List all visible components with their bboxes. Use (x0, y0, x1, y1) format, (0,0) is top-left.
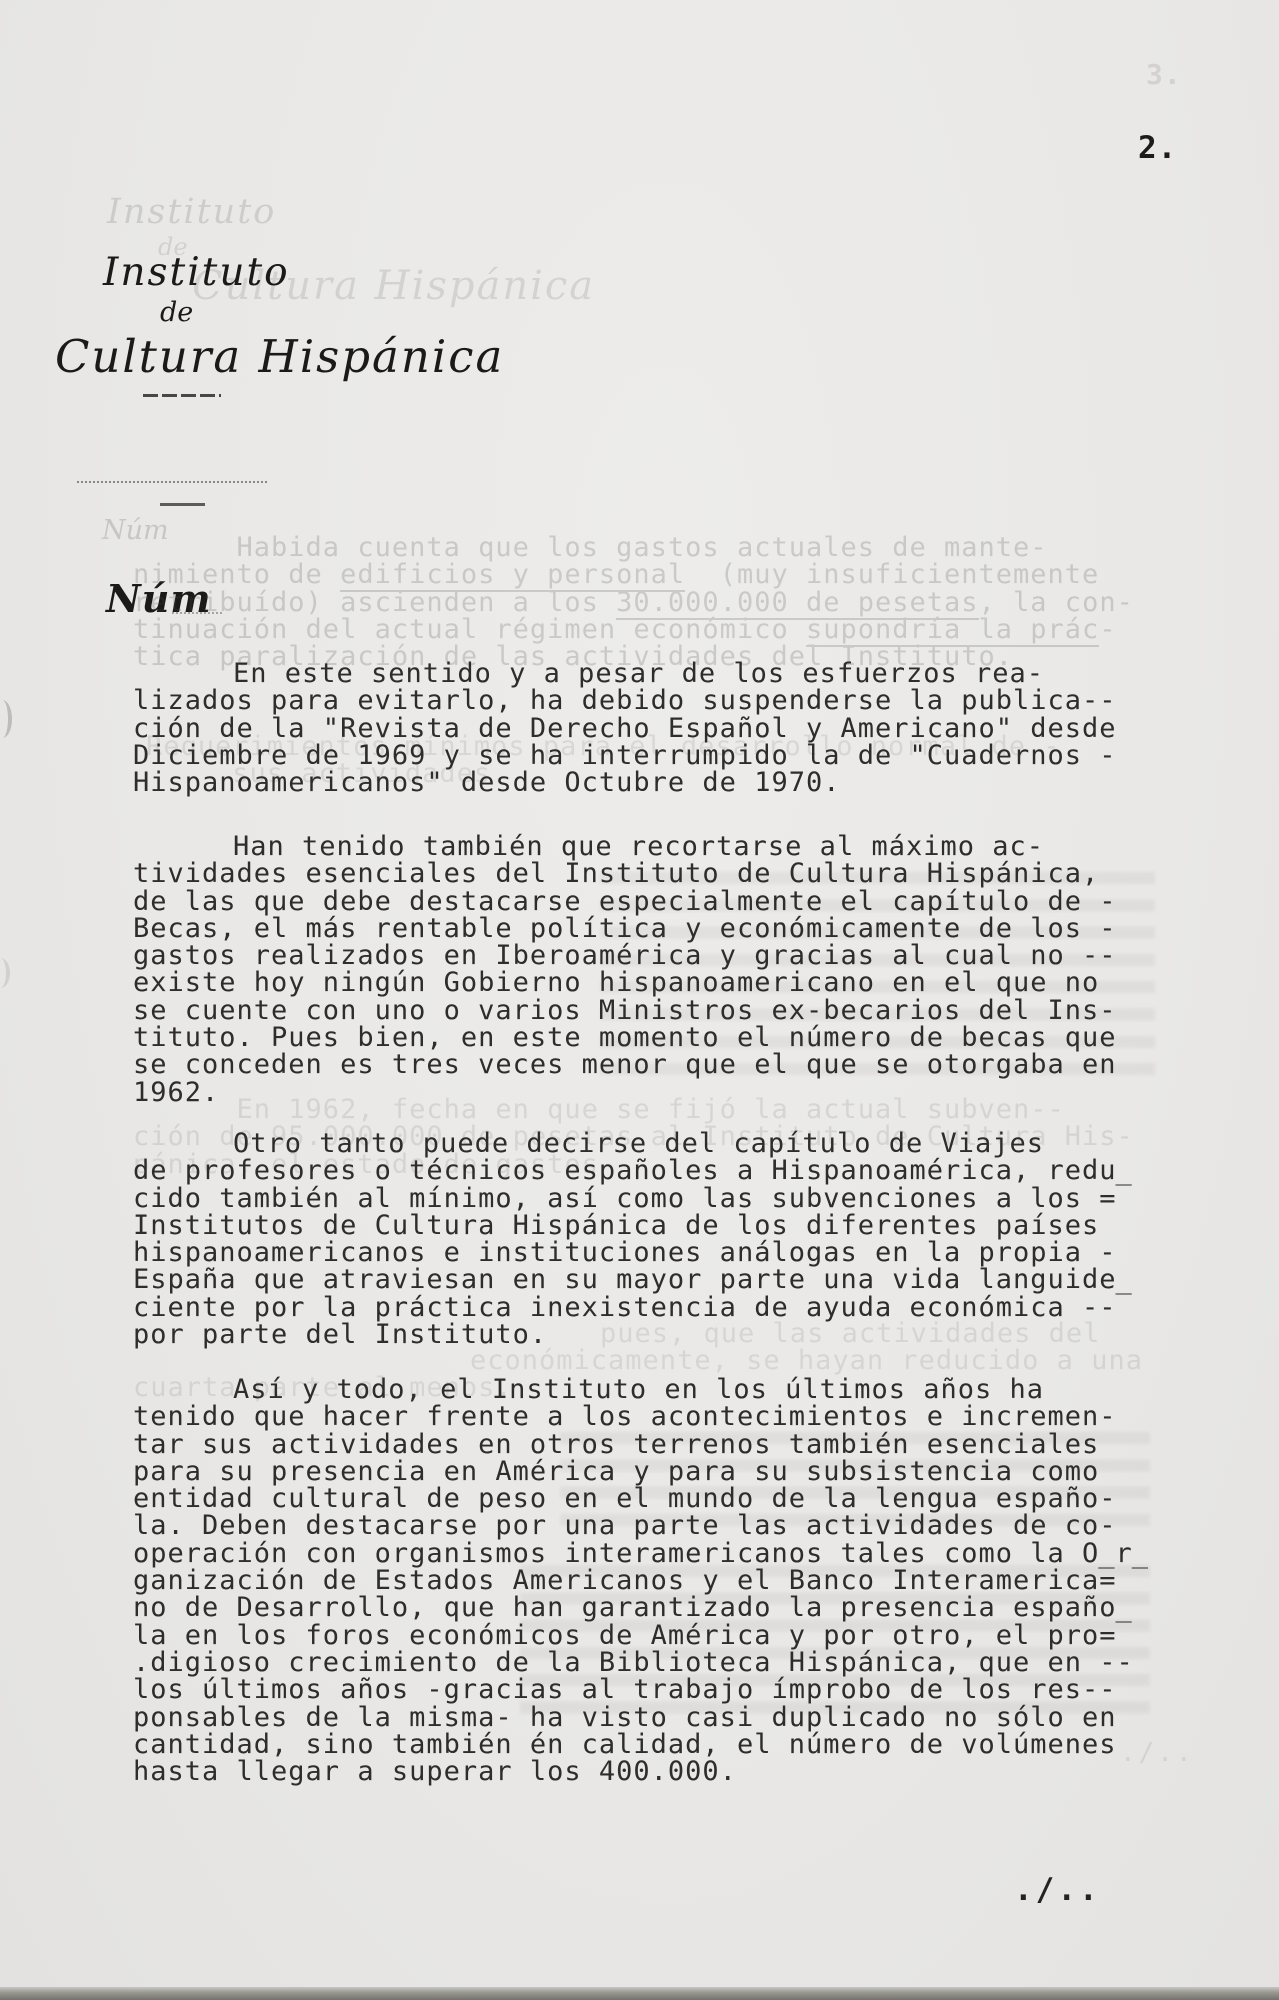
paragraph-line: operación con organismos interamericanos… (133, 1540, 1153, 1567)
short-dash-mark (160, 503, 205, 506)
paragraph-line: los últimos años -gracias al trabajo ímp… (133, 1676, 1153, 1703)
scan-bottom-edge (0, 1987, 1279, 2000)
paragraph-line: la. Deben destacarse por una parte las a… (133, 1512, 1153, 1539)
paragraph-line: de las que debe destacarse especialmente… (133, 888, 1153, 915)
paragraph-line: gastos realizados en Iberoamérica y grac… (133, 942, 1153, 969)
paragraph-line: de profesores o técnicos españoles a His… (133, 1157, 1153, 1184)
paragraph-line: tar sus actividades en otros terrenos ta… (133, 1431, 1153, 1458)
paragraph-line: ciente por la práctica inexistencia de a… (133, 1294, 1153, 1321)
paragraph-line: se cuente con uno o varios Ministros ex-… (133, 997, 1153, 1024)
continuation-mark: ./.. (1014, 1872, 1101, 1908)
paragraph-line: tividades esenciales del Instituto de Cu… (133, 860, 1153, 887)
paragraph-line: hispanoamericanos e instituciones análog… (133, 1239, 1153, 1266)
ghost-text-block: económicamente, se hayan reducido a una (470, 1347, 1143, 1374)
paragraph-line: Becas, el más rentable política y económ… (133, 915, 1153, 942)
paragraph-line: se conceden es tres veces menor que el q… (133, 1051, 1153, 1078)
paragraph-line: tituto. Pues bien, en este momento el nú… (133, 1024, 1153, 1051)
paragraph-line: tenido que hacer frente a los acontecimi… (133, 1403, 1153, 1430)
paragraph-line: lizados para evitarlo, ha debido suspend… (133, 687, 1153, 714)
paragraph-line: Institutos de Cultura Hispánica de los d… (133, 1212, 1153, 1239)
paragraph-line: por parte del Instituto. (133, 1321, 1153, 1348)
ghost-continuation-mark: ./.. (1120, 1738, 1195, 1768)
scanned-document-page: 3. 2. Instituto de Cultura Hispánica Ins… (0, 0, 1279, 2000)
paragraph-line: Así y todo, el Instituto en los últimos … (133, 1376, 1153, 1403)
paragraph-line: En este sentido y a pesar de los esfuerz… (133, 660, 1153, 687)
page-number: 2. (1138, 130, 1177, 166)
paragraph: Así y todo, el Instituto en los últimos … (133, 1376, 1153, 1785)
paragraph: Otro tanto puede decirse del capítulo de… (133, 1130, 1153, 1348)
letterhead-line2: de (160, 297, 193, 328)
letterhead-line1: Instituto (103, 250, 290, 295)
paragraph-line: Han tenido también que recortarse al máx… (133, 833, 1153, 860)
ghost-page-number: 3. (1146, 58, 1182, 91)
letterhead-line3: Cultura Hispánica (55, 330, 504, 383)
letterhead-underline (143, 394, 221, 397)
paragraph-line: cido también al mínimo, así como las sub… (133, 1185, 1153, 1212)
paragraph-line: Otro tanto puede decirse del capítulo de… (133, 1130, 1153, 1157)
dotted-separator-line (77, 481, 267, 483)
margin-paren-mark (0, 700, 12, 738)
paragraph-line: para su presencia en América y para su s… (133, 1458, 1153, 1485)
paragraph-line: ción de la "Revista de Derecho Español y… (133, 715, 1153, 742)
margin-paren-mark (0, 958, 10, 988)
paragraph-line: España que atraviesan en su mayor parte … (133, 1266, 1153, 1293)
paragraph-line: ganización de Estados Americanos y el Ba… (133, 1567, 1153, 1594)
paragraph-line: entidad cultural de peso en el mundo de … (133, 1485, 1153, 1512)
paragraph: Han tenido también que recortarse al máx… (133, 833, 1153, 1106)
paragraph-line: existe hoy ningún Gobierno hispanoameric… (133, 969, 1153, 996)
paragraph-line: cantidad, sino también én calidad, el nú… (133, 1731, 1153, 1758)
paragraph-line: no de Desarrollo, que han garantizado la… (133, 1594, 1153, 1621)
paragraph-line: Diciembre de 1969 y se ha interrumpido l… (133, 742, 1153, 769)
ghost-letterhead-line1: Instituto (107, 192, 276, 232)
paragraph: En este sentido y a pesar de los esfuerz… (133, 660, 1153, 796)
paragraph-line: hasta llegar a superar los 400.000. (133, 1758, 1153, 1785)
paragraph-line: .digioso crecimiento de la Biblioteca Hi… (133, 1649, 1153, 1676)
paragraph-line: 1962. (133, 1079, 1153, 1106)
paragraph-line: Hispanoamericanos" desde Octubre de 1970… (133, 769, 1153, 796)
paragraph-line: ponsables de la misma- ha visto casi dup… (133, 1704, 1153, 1731)
ghost-text-block: Habida cuenta que los gastos actuales de… (133, 534, 1134, 670)
paragraph-line: la en los foros económicos de América y … (133, 1622, 1153, 1649)
